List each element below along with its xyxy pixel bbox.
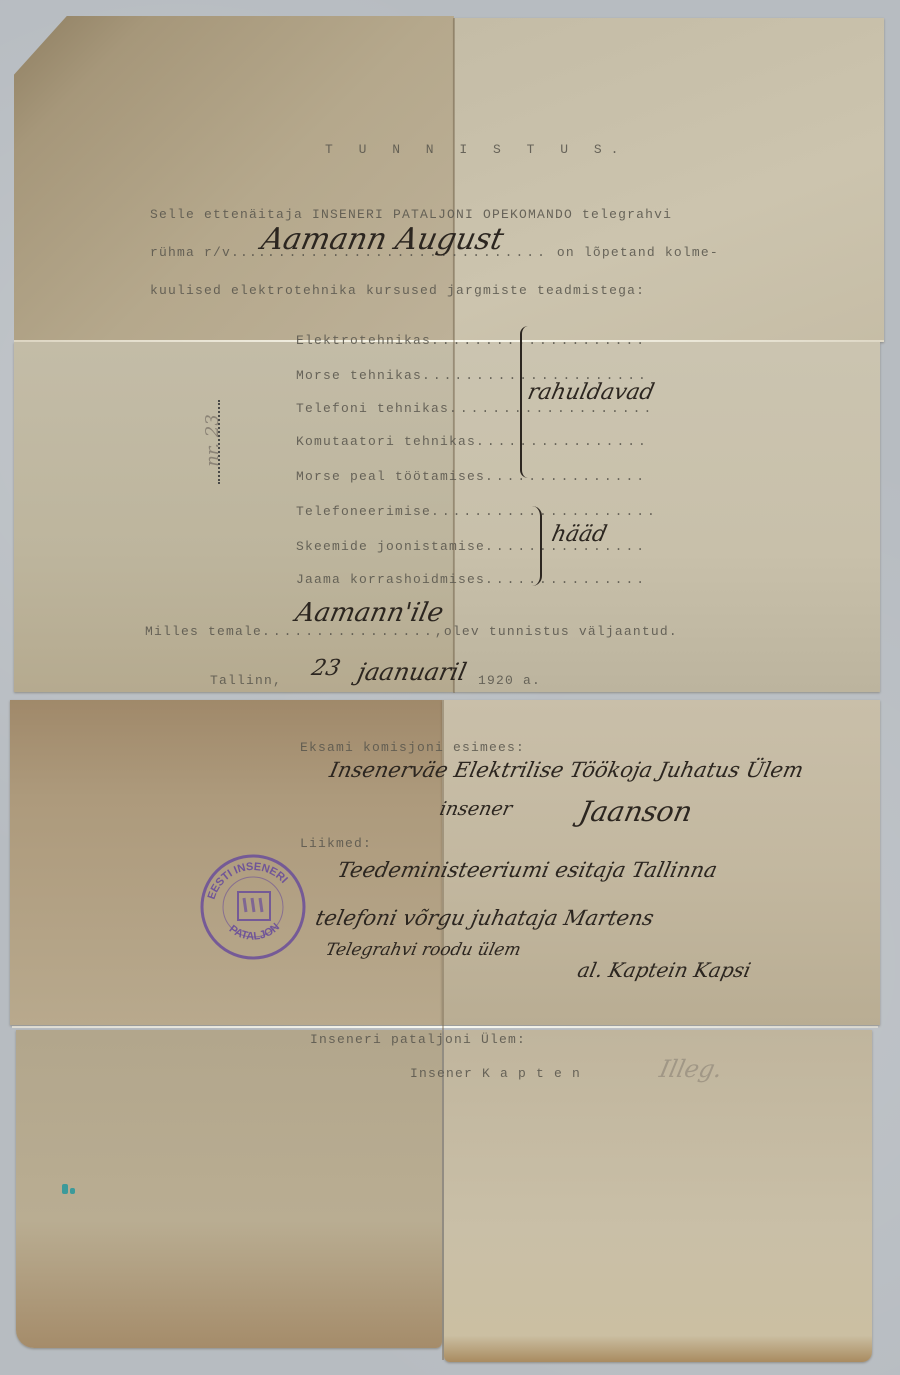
- subject-row: Elektrotehnikas....................: [296, 333, 647, 348]
- commander-title: Insener K a p t e n: [410, 1066, 581, 1081]
- member-line-handwritten: Telegrahvi roodu ülem: [324, 940, 523, 960]
- member-line-handwritten: Teedeministeeriumi esitaja Tallinna: [335, 858, 719, 882]
- commission-chair-handwritten: Insenerväe Elektrilise Töökoja Juhatus Ü…: [327, 758, 805, 782]
- subject-label: Elektrotehnikas: [296, 333, 431, 348]
- subject-label: Telefoneerimise: [296, 504, 431, 519]
- intro-line-2-prefix: rühma r/v....: [150, 245, 267, 260]
- fold-line: [453, 18, 455, 693]
- commander-label: Inseneri pataljoni Ülem:: [310, 1032, 526, 1047]
- svg-text:PATALJON: PATALJON: [227, 921, 282, 943]
- closing-name-handwritten: Aamann'ile: [293, 598, 446, 628]
- subject-label: Skeemide joonistamise: [296, 539, 485, 554]
- date-year: 1920 a.: [478, 673, 541, 688]
- date-day-handwritten: 23: [309, 656, 342, 681]
- margin-underline: [218, 400, 222, 484]
- subject-row: Telefoneerimise.....................: [296, 504, 658, 519]
- member-signature-handwritten: al. Kaptein Kapsi: [575, 958, 753, 982]
- grade-good-handwritten: hääd: [549, 522, 609, 547]
- subject-label: Jaama korrashoidmises: [296, 572, 485, 587]
- subject-dots: ................: [476, 434, 649, 449]
- member-line-handwritten: telefoni võrgu juhataja Martens: [313, 906, 656, 930]
- intro-line-2-suffix: on lõpetand kolme-: [557, 245, 719, 260]
- intro-line-1: Selle ettenäitaja INSENERI PATALJONI OPE…: [150, 207, 672, 222]
- commander-signature-pencil: Illeg.: [657, 1055, 725, 1083]
- date-place: Tallinn,: [210, 673, 282, 688]
- svg-text:EESTI INSENERI: EESTI INSENERI: [206, 861, 290, 901]
- teal-ink-mark: [62, 1184, 68, 1194]
- subject-row: Komutaatori tehnikas................: [296, 434, 649, 449]
- subject-row: Jaama korrashoidmises...............: [296, 572, 647, 587]
- subject-label: Telefoni tehnikas: [296, 401, 449, 416]
- subject-dots: ...............: [485, 469, 647, 484]
- commission-chair-signature: Jaanson: [576, 795, 695, 828]
- subject-dots: ....................: [431, 333, 647, 348]
- paper-panel-bottom-left: [16, 1030, 442, 1348]
- grade-satisfactory-handwritten: rahuldavad: [525, 380, 656, 405]
- closing-suffix: ,olev tunnistus väljaantud.: [435, 624, 678, 639]
- fold-line: [12, 1026, 878, 1028]
- recipient-name-handwritten: Aamann August: [258, 222, 506, 257]
- subject-row: Morse peal töötamises...............: [296, 469, 647, 484]
- commission-members-label: Liikmed:: [300, 836, 372, 851]
- brace-bracket-icon: [530, 506, 542, 586]
- subject-label: Morse tehnikas: [296, 368, 422, 383]
- subject-label: Morse peal töötamises: [296, 469, 485, 484]
- subject-label: Komutaatori tehnikas: [296, 434, 476, 449]
- date-month-handwritten: jaanuaril: [355, 658, 469, 686]
- stamp-text-bottom: PATALJON: [227, 921, 282, 943]
- document-title: T U N N I S T U S.: [325, 142, 627, 157]
- stamp-text-top: EESTI INSENERI: [206, 861, 290, 901]
- subject-dots: ...............: [485, 572, 647, 587]
- subject-dots: .....................: [431, 504, 658, 519]
- closing-prefix: Milles temale: [145, 624, 262, 639]
- teal-ink-mark: [70, 1188, 75, 1194]
- commission-chair-title-handwritten: insener: [438, 798, 515, 820]
- intro-line-3: kuulised elektrotehnika kursused jargmis…: [150, 283, 645, 298]
- battalion-stamp-icon: EESTI INSENERI PATALJON: [198, 852, 308, 962]
- commission-chair-label: Eksami komisjoni esimees:: [300, 740, 525, 755]
